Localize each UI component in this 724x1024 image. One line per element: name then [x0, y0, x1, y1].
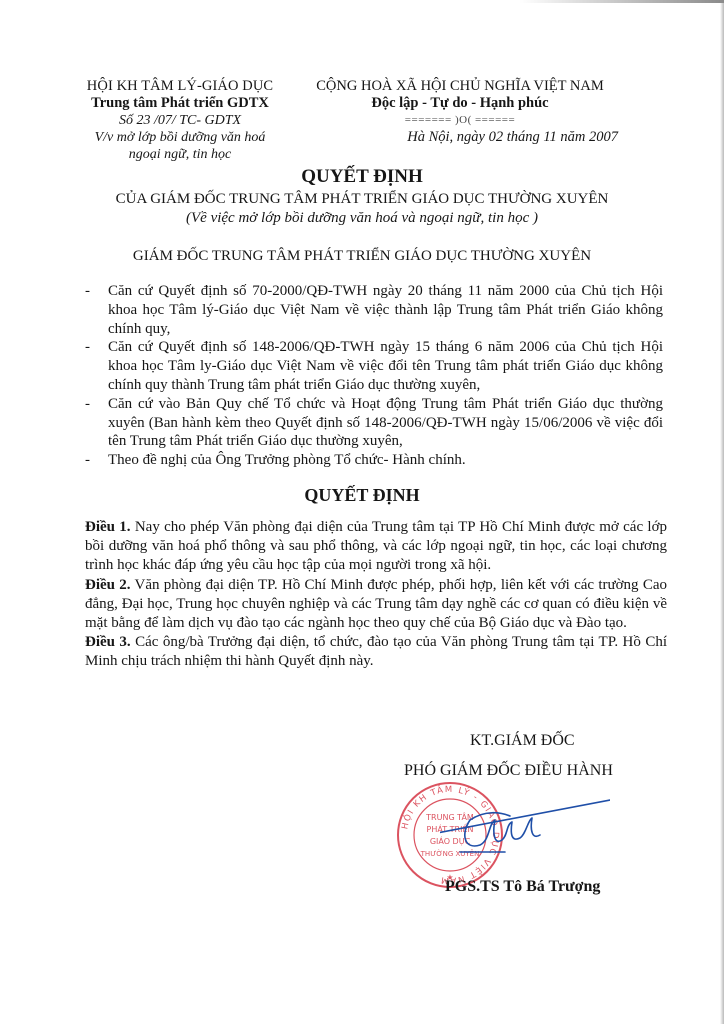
decision-issuer: CỦA GIÁM ĐỐC TRUNG TÂM PHÁT TRIỂN GIÁO D…: [0, 191, 724, 208]
article-label: Điều 2.: [85, 577, 131, 593]
header-left: HỘI KH TÂM LÝ-GIÁO DỤC Trung tâm Phát tr…: [70, 78, 290, 163]
legal-basis-item: - Căn cứ Quyết định số 148-2006/QĐ-TWH n…: [85, 338, 663, 394]
signatory-name: PGS.TS Tô Bá Trượng: [445, 878, 600, 896]
article-label: Điều 1.: [85, 519, 131, 535]
national-motto: Độc lập - Tự do - Hạnh phúc: [290, 95, 630, 112]
article-2: Điều 2. Văn phòng đại diện TP. Hồ Chí Mi…: [85, 576, 667, 634]
bullet-dash: -: [85, 451, 90, 470]
article-label: Điều 3.: [85, 634, 131, 650]
legal-basis-item: - Theo đề nghị của Ông Trưởng phòng Tổ c…: [85, 451, 663, 470]
legal-basis-text: Căn cứ Quyết định số 70-2000/QĐ-TWH ngày…: [108, 282, 663, 338]
legal-basis-text: Căn cứ vào Bản Quy chế Tổ chức và Hoạt đ…: [108, 395, 663, 451]
article-1: Điều 1. Nay cho phép Văn phòng đại diện …: [85, 518, 667, 576]
decides-heading: QUYẾT ĐỊNH: [0, 485, 724, 506]
reference-line-1: V/v mở lớp bồi dưỡng văn hoá: [70, 129, 290, 146]
signatory-title-1: KT.GIÁM ĐỐC: [470, 732, 575, 750]
article-3: Điều 3. Các ông/bà Trưởng đại diện, tổ c…: [85, 633, 667, 671]
article-text: Các ông/bà Trưởng đại diện, tổ chức, đào…: [85, 634, 667, 669]
organization-name: HỘI KH TÂM LÝ-GIÁO DỤC: [70, 78, 290, 95]
handwritten-signature-icon: [440, 790, 610, 860]
header-separator: ======= )O( ======: [290, 112, 630, 129]
document-number: Số 23 /07/ TC- GDTX: [70, 112, 290, 129]
legal-basis-text: Căn cứ Quyết định số 148-2006/QĐ-TWH ngà…: [108, 338, 663, 394]
center-name: Trung tâm Phát triển GDTX: [70, 95, 290, 112]
article-text: Văn phòng đại diện TP. Hồ Chí Minh được …: [85, 577, 667, 631]
decision-subject: (Về việc mở lớp bồi dưỡng văn hoá và ngo…: [0, 210, 724, 227]
bullet-dash: -: [85, 338, 90, 357]
legal-basis-item: - Căn cứ vào Bản Quy chế Tổ chức và Hoạt…: [85, 395, 663, 451]
place-date: Hà Nội, ngày 02 tháng 11 năm 2007: [290, 129, 630, 146]
article-text: Nay cho phép Văn phòng đại diện của Trun…: [85, 519, 667, 573]
country-name: CỘNG HOÀ XÃ HỘI CHỦ NGHĨA VIỆT NAM: [290, 78, 630, 95]
scan-edge-shadow: [720, 0, 724, 1024]
bullet-dash: -: [85, 282, 90, 301]
decision-title: QUYẾT ĐỊNH: [0, 166, 724, 188]
scan-top-shadow: [520, 0, 724, 3]
legal-basis-item: - Căn cứ Quyết định số 70-2000/QĐ-TWH ng…: [85, 282, 663, 338]
legal-bases-list: - Căn cứ Quyết định số 70-2000/QĐ-TWH ng…: [85, 282, 663, 470]
signatory-title-2: PHÓ GIÁM ĐỐC ĐIỀU HÀNH: [404, 762, 613, 780]
bullet-dash: -: [85, 395, 90, 414]
legal-basis-text: Theo đề nghị của Ông Trưởng phòng Tổ chứ…: [108, 451, 663, 470]
header-right: CỘNG HOÀ XÃ HỘI CHỦ NGHĨA VIỆT NAM Độc l…: [290, 78, 630, 146]
reference-line-2: ngoại ngữ, tin học: [70, 146, 290, 163]
director-heading: GIÁM ĐỐC TRUNG TÂM PHÁT TRIỂN GIÁO DỤC T…: [0, 248, 724, 265]
articles-list: Điều 1. Nay cho phép Văn phòng đại diện …: [85, 518, 667, 672]
